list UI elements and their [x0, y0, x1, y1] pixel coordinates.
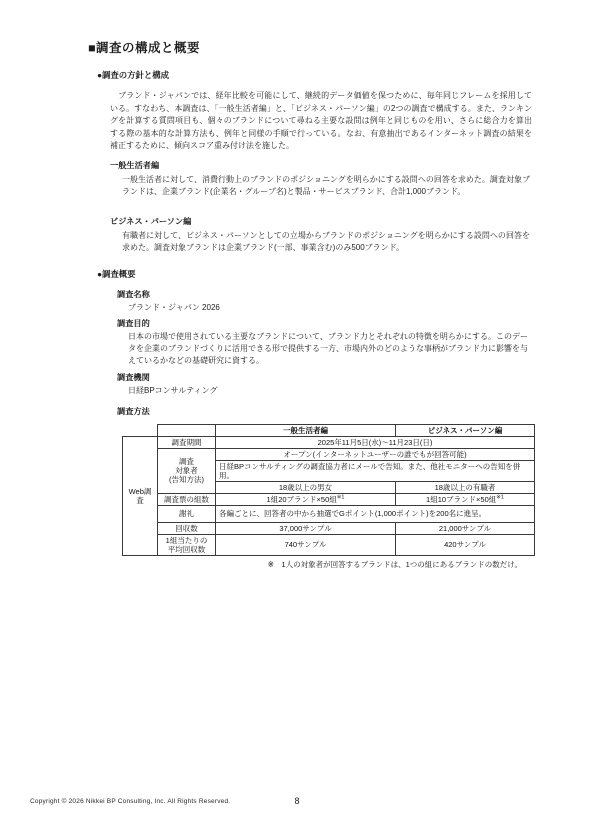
row-label-sets: 調査票の組数 — [158, 493, 216, 505]
cell-average-consumer: 740サンプル — [216, 534, 396, 555]
item-body-survey-organization: 日経BPコンサルティング — [128, 385, 528, 397]
policy-paragraph: ブランド・ジャパンでは、経年比較を可能にして、継続的データ価値を保つために、毎年… — [110, 90, 532, 153]
col-header-business: ビジネス・パーソン編 — [396, 424, 535, 436]
cell-subjects-notify: 日経BPコンサルティングの調査協力者にメールで告知。また、他社モニターへの告知を… — [216, 460, 535, 481]
consumer-paragraph: 一般生活者に対して、消費行動上のブランドのポジショニングを明らかにする設問への回… — [122, 174, 530, 199]
item-label-survey-purpose: 調査目的 — [117, 318, 594, 329]
item-body-survey-purpose: 日本の市場で使用されている主要なブランドについて、ブランド力とそれぞれの特徴を明… — [128, 331, 528, 367]
document-page: ■調査の構成と概要 ●調査の方針と構成 ブランド・ジャパンでは、経年比較を可能に… — [0, 0, 594, 840]
item-body-survey-name: ブランド・ジャパン 2026 — [128, 302, 528, 314]
row-label-average: 1組当たりの 平均回収数 — [158, 534, 216, 555]
cell-sets-consumer: 1組20ブランド×50組※1 — [216, 493, 396, 505]
empty-corner-cell — [123, 424, 158, 436]
row-label-period: 調査期間 — [158, 436, 216, 448]
cell-subjects-business: 18歳以上の有職者 — [396, 481, 535, 493]
col-header-consumer: 一般生活者編 — [216, 424, 396, 436]
cell-subjects-consumer: 18歳以上の男女 — [216, 481, 396, 493]
cell-average-business: 420サンプル — [396, 534, 535, 555]
row-label-collected: 回収数 — [158, 522, 216, 534]
item-label-survey-method: 調査方法 — [117, 406, 594, 417]
section-heading-policy: ●調査の方針と構成 — [97, 69, 594, 81]
sets-consumer-note-mark: ※1 — [337, 494, 345, 500]
web-survey-span-label: Web調査 — [123, 436, 158, 555]
row-label-subjects: 調査 対象者 (告知方法) — [158, 448, 216, 493]
cell-period-value: 2025年11月5日(水)～11月23日(日) — [216, 436, 535, 448]
section-heading-business: ビジネス・パーソン編 — [110, 216, 594, 227]
sets-consumer-value: 1組20ブランド×50組 — [267, 495, 337, 504]
cell-subjects-open: オープン(インターネットユーザーの誰でもが回答可能) — [216, 448, 535, 460]
row-label-reward: 謝礼 — [158, 505, 216, 522]
diagonal-header-cell — [158, 424, 216, 436]
footer-page-number: 8 — [0, 796, 594, 806]
table-footnote: ※ 1人の対象者が回答するブランドは、1つの組にあるブランドの数だけ。 — [122, 559, 534, 570]
section-heading-consumer: 一般生活者編 — [110, 160, 594, 171]
section-heading-overview: ●調査概要 — [97, 268, 594, 280]
item-label-survey-organization: 調査機関 — [117, 372, 594, 383]
cell-collected-consumer: 37,000サンプル — [216, 522, 396, 534]
cell-sets-business: 1組10ブランド×50組※1 — [396, 493, 535, 505]
cell-reward-value: 各編ごとに、回答者の中から抽選でGポイント(1,000ポイント)を200名に進呈… — [216, 505, 535, 522]
business-paragraph: 有職者に対して、ビジネス・パーソンとしての立場からブランドのポジショニングを明ら… — [122, 230, 530, 255]
page-title: ■調査の構成と概要 — [88, 38, 594, 56]
sets-business-note-mark: ※1 — [496, 494, 504, 500]
item-label-survey-name: 調査名称 — [117, 289, 594, 300]
sets-business-value: 1組10ブランド×50組 — [426, 495, 496, 504]
cell-collected-business: 21,000サンプル — [396, 522, 535, 534]
survey-method-table: 一般生活者編 ビジネス・パーソン編 Web調査 調査期間 2025年11月5日(… — [122, 424, 535, 556]
